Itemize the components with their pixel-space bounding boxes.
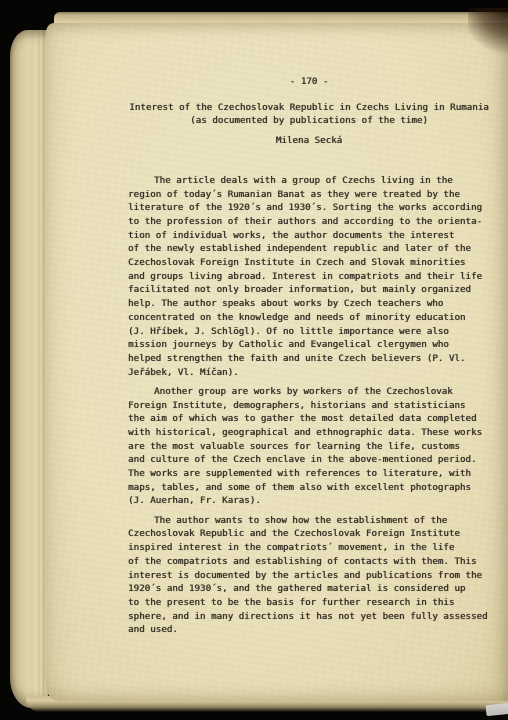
text-line: with historical, geographical and ethnog… <box>128 426 490 440</box>
text-line: help. The author speaks about works by C… <box>128 297 490 311</box>
text-line: helped strengthen the faith and unite Cz… <box>128 352 490 366</box>
text-line: of the newly established independent rep… <box>128 242 490 256</box>
text-line: mission journeys by Catholic and Evangel… <box>128 338 490 352</box>
text-line: and used. <box>128 623 490 637</box>
scanned-book-photo: - 170 - Interest of the Czechoslovak Rep… <box>0 0 508 720</box>
paragraph-1: The article deals with a group of Czechs… <box>128 174 490 380</box>
text-line: The article deals with a group of Czechs… <box>128 174 490 188</box>
text-line: region of today´s Rumanian Banat as they… <box>128 188 490 202</box>
text-line: sphere, and in many directions it has no… <box>128 610 490 624</box>
text-line: tion of individual works, the author doc… <box>128 229 490 243</box>
text-line: are the most valuable sources for learni… <box>128 440 490 454</box>
text-line: interest is documented by the articles a… <box>128 569 490 583</box>
text-line: The works are supplemented with referenc… <box>128 467 490 481</box>
text-line: Another group are works by workers of th… <box>128 385 490 399</box>
paragraph-3: The author wants to show how the establi… <box>128 514 490 637</box>
text-line: and groups living abroad. Interest in co… <box>128 270 490 284</box>
text-line: inspired interest in the compatriots´ mo… <box>128 541 490 555</box>
text-line: maps, tables, and some of them also with… <box>128 481 490 495</box>
article-title-line-2: (as documented by publications of the ti… <box>128 114 490 128</box>
article-body: The article deals with a group of Czechs… <box>128 174 490 637</box>
text-line: concentrated on the knowledge and needs … <box>128 311 490 325</box>
text-line: Foreign Institute, demographers, histori… <box>128 399 490 413</box>
author-name: Milena Secká <box>128 134 490 148</box>
text-line: to the present to be the basis for furth… <box>128 596 490 610</box>
shadow-corner <box>468 8 508 60</box>
paragraph-2: Another group are works by workers of th… <box>128 385 490 508</box>
document-page: - 170 - Interest of the Czechoslovak Rep… <box>46 23 508 701</box>
text-line: literature of the 1920´s and 1930´s. Sor… <box>128 201 490 215</box>
typewritten-text: - 170 - Interest of the Czechoslovak Rep… <box>128 75 490 637</box>
text-line: and culture of the Czech enclave in the … <box>128 453 490 467</box>
text-line: Czechoslovak Republic and the Czechoslov… <box>128 527 490 541</box>
text-line: of the compatriots and establishing of c… <box>128 555 490 569</box>
article-title-line-1: Interest of the Czechoslovak Republic in… <box>128 101 490 115</box>
book-page-edges-left <box>10 30 48 708</box>
text-line: Jeřábek, Vl. Míčan). <box>128 366 490 380</box>
page-number: - 170 - <box>128 75 490 89</box>
text-line: The author wants to show how the establi… <box>128 514 490 528</box>
text-line: 1920´s and 1930´s, and the gathered mate… <box>128 582 490 596</box>
paper-slip <box>485 703 508 716</box>
text-line: facilitated not only broader information… <box>128 283 490 297</box>
text-line: (J. Hříbek, J. Schlögl). Of no little im… <box>128 325 490 339</box>
text-line: Czechoslovak Foreign Institute in Czech … <box>128 256 490 270</box>
text-line: to the profession of their authors and a… <box>128 215 490 229</box>
text-line: (J. Auerhan, Fr. Karas). <box>128 494 490 508</box>
text-line: the aim of which was to gather the most … <box>128 412 490 426</box>
